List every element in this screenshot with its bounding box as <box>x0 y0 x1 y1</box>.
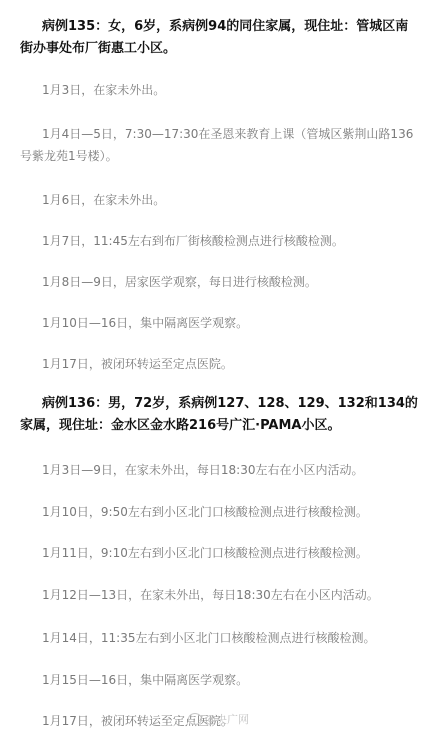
case-135-entry: 1月4日—5日，7:30—17:30在圣恩来教育上课（管城区紫荆山路136号紫龙… <box>20 123 420 167</box>
weibo-icon <box>188 713 202 725</box>
case-136-heading: 病例136：男，72岁，系病例127、128、129、132和134的家属，现住… <box>20 393 420 437</box>
case-135-entry: 1月7日，11:45左右到布厂街核酸检测点进行核酸检测。 <box>20 230 420 252</box>
case-135-entry: 1月3日，在家未外出。 <box>20 79 420 101</box>
case-135-entry: 1月17日，被闭环转运至定点医院。 <box>20 353 420 375</box>
case-136-entry: 1月15日—16日，集中隔离医学观察。 <box>20 669 420 691</box>
case-135-entry: 1月6日，在家未外出。 <box>20 189 420 211</box>
case-136-entry: 1月14日，11:35左右到小区北门口核酸检测点进行核酸检测。 <box>20 627 420 649</box>
watermark-text: @央广网 <box>205 711 249 727</box>
case-135-heading: 病例135：女，6岁，系病例94的同住家属，现住址：管城区南街办事处布厂街惠工小… <box>20 16 420 60</box>
case-136-entry: 1月10日，9:50左右到小区北门口核酸检测点进行核酸检测。 <box>20 501 420 523</box>
watermark: @央广网 <box>188 711 249 727</box>
case-136-entry: 1月11日，9:10左右到小区北门口核酸检测点进行核酸检测。 <box>20 542 420 564</box>
case-135-entry: 1月10日—16日，集中隔离医学观察。 <box>20 312 420 334</box>
case-136-entry: 1月3日—9日，在家未外出，每日18:30左右在小区内活动。 <box>20 459 420 481</box>
case-135-entry: 1月8日—9日，居家医学观察，每日进行核酸检测。 <box>20 271 420 293</box>
case-136-entry: 1月12日—13日，在家未外出，每日18:30左右在小区内活动。 <box>20 584 420 606</box>
